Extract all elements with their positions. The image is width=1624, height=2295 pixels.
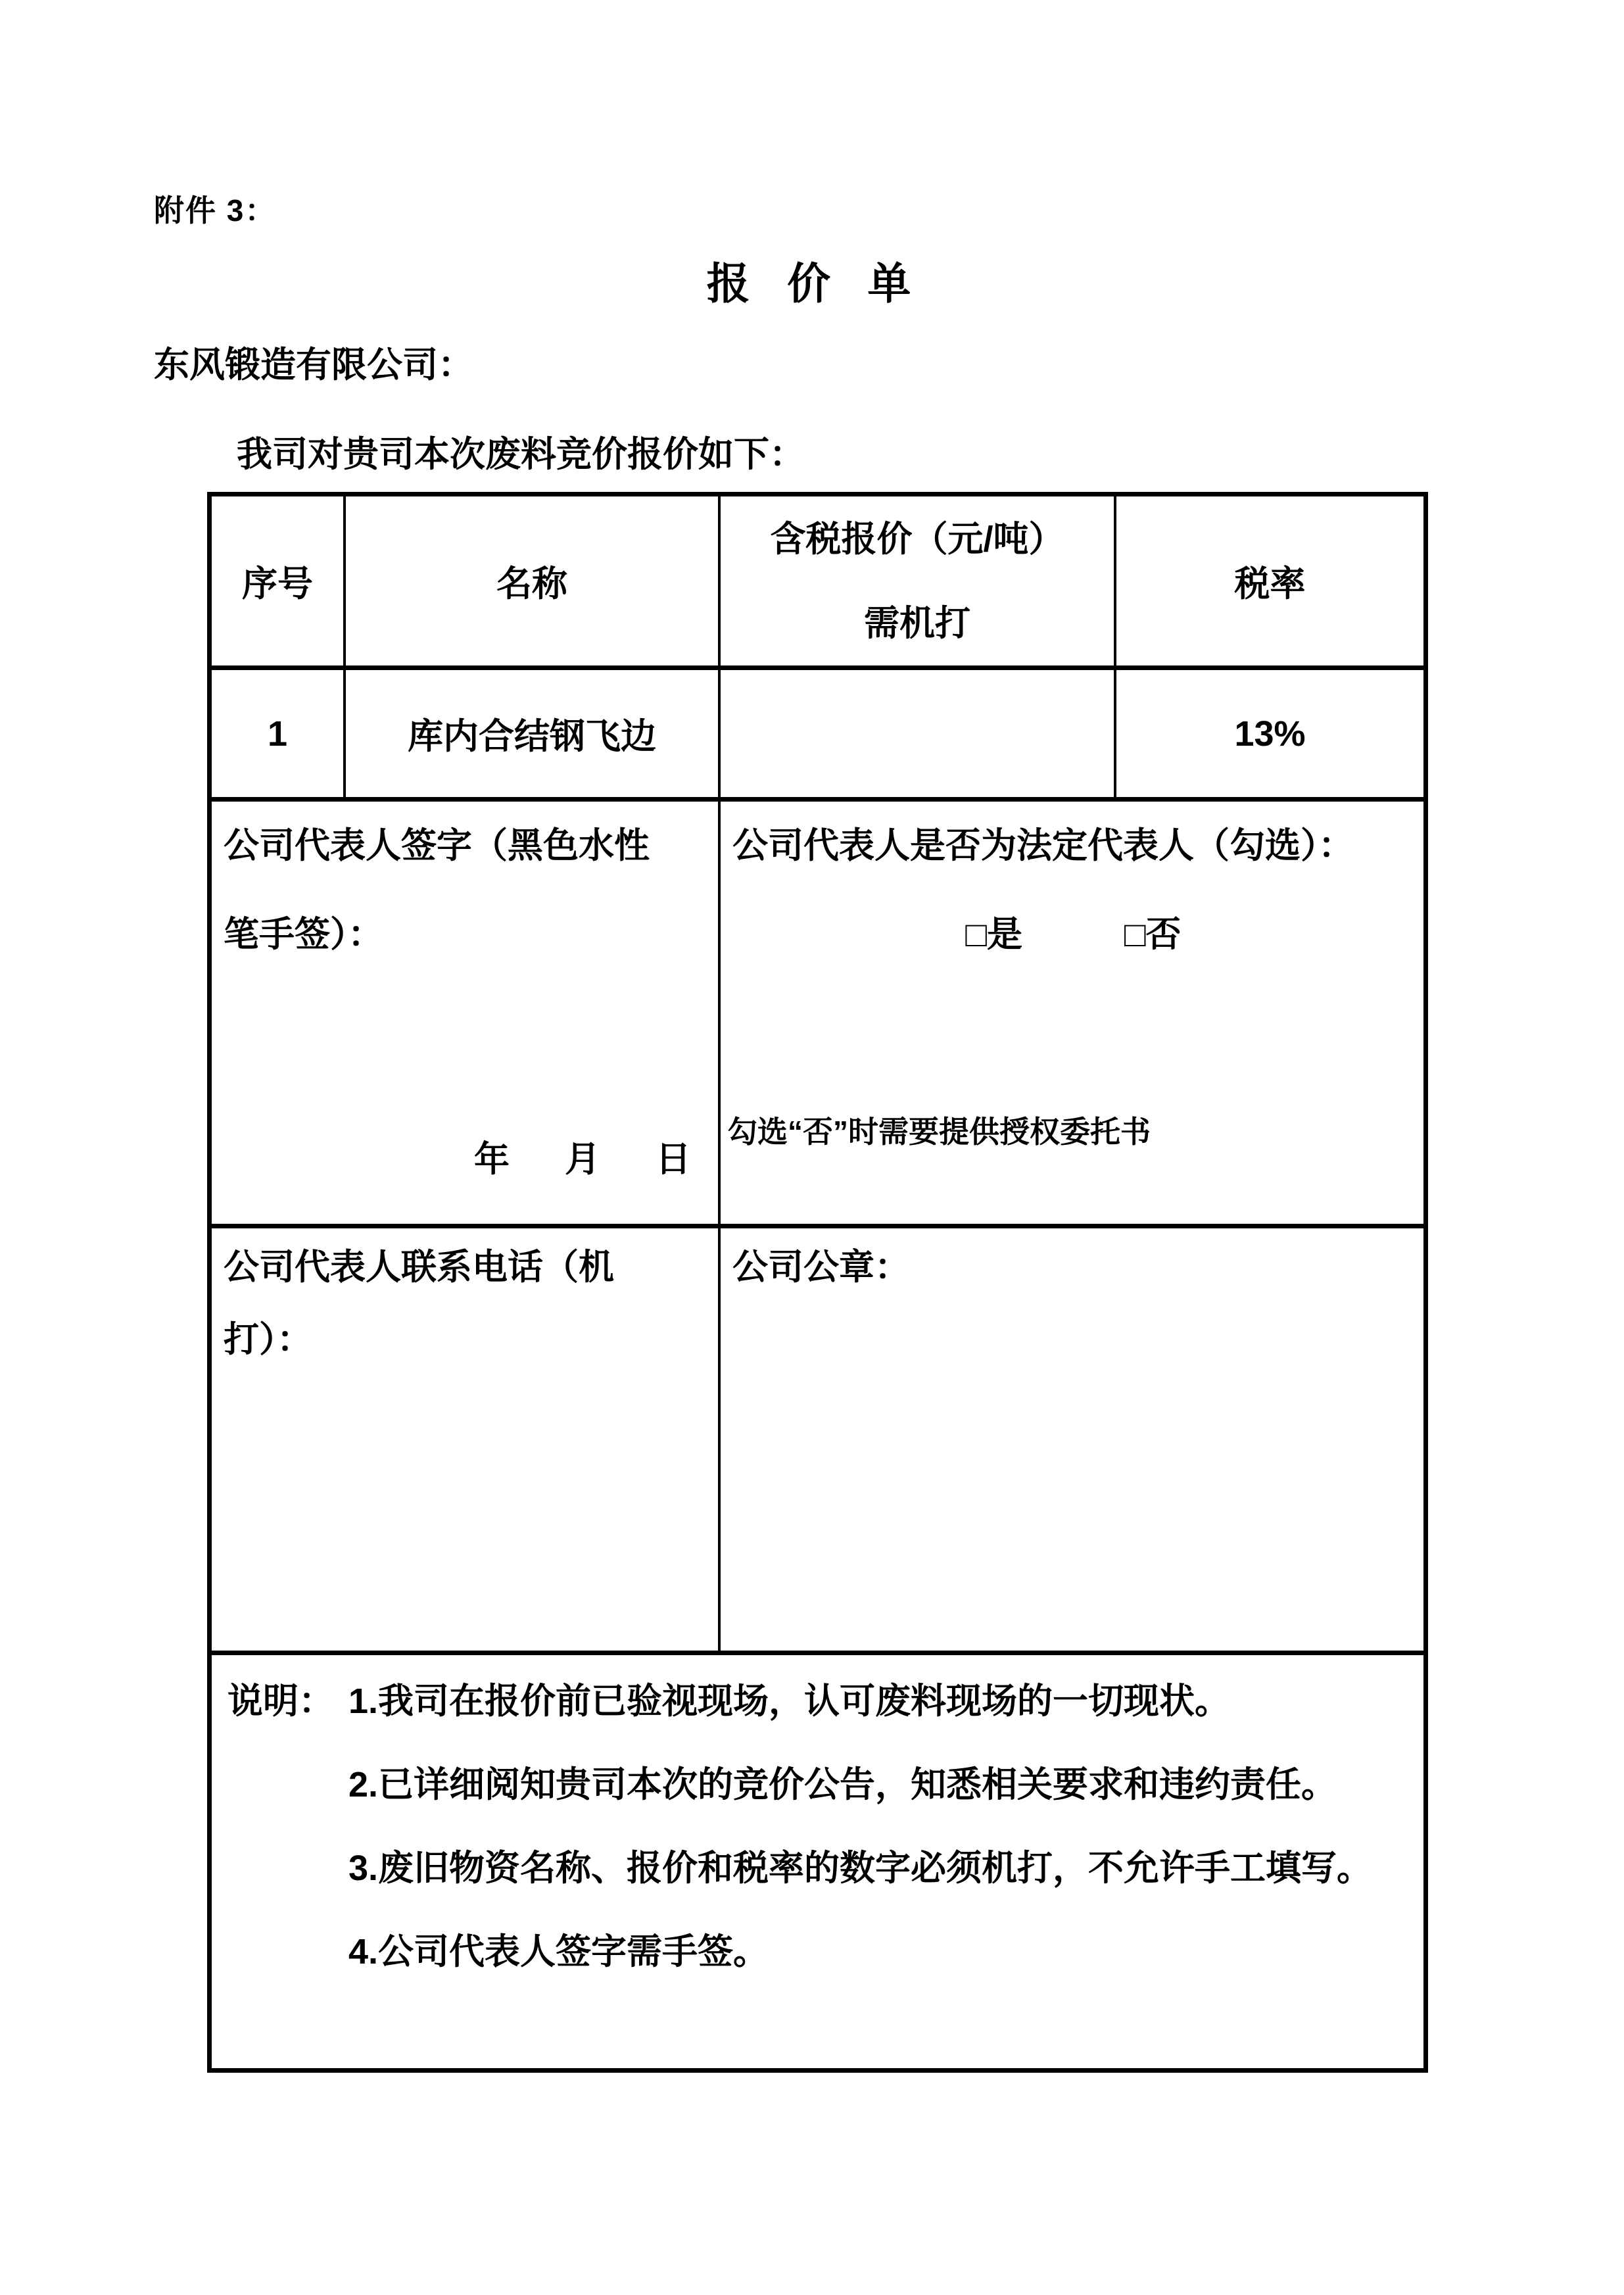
notes-label: 说明： — [227, 1660, 334, 1743]
row-price-cell[interactable] — [721, 670, 1116, 797]
table-header-row: 序号 名称 含税报价（元/吨） 需机打 税率 — [212, 496, 1423, 670]
note-item-2: 2.已详细阅知贵司本次的竞价公告，知悉相关要求和违约责任。 — [348, 1743, 1410, 1827]
checkbox-line: □是 □否 — [732, 890, 1414, 979]
phone-label-line2: 打）： — [224, 1303, 709, 1376]
legal-representative-label: 公司代表人是否为法定代表人（勾选）： — [732, 802, 1414, 890]
notes-row: 说明： 1.我司在报价前已验视现场，认可废料现场的一切现状。 2.已详细阅知贵司… — [212, 1655, 1423, 2068]
note-item-4: 4.公司代表人签字需手签。 — [348, 1910, 1410, 1994]
row-name-cell: 库内合结钢飞边 — [346, 670, 721, 797]
intro-line: 我司对贵司本次废料竞价报价如下： — [237, 426, 805, 477]
header-col-name: 名称 — [346, 496, 721, 665]
attachment-label: 附件 3： — [154, 187, 276, 230]
phone-label-line1: 公司代表人联系电话（机 — [224, 1231, 709, 1303]
header-col-price-line1: 含税报价（元/吨） — [770, 497, 1064, 581]
legal-representative-cell: 公司代表人是否为法定代表人（勾选）： □是 □否 勾选“否”时需要提供授权委托书 — [721, 802, 1423, 1224]
header-col-no: 序号 — [212, 496, 346, 665]
signature-label-line2: 笔手签）： — [224, 890, 709, 979]
table-row: 1 库内合结钢飞边 13% — [212, 670, 1423, 802]
page-title: 报 价 单 — [0, 249, 1624, 311]
note-item-1: 1.我司在报价前已验视现场，认可废料现场的一切现状。 — [348, 1660, 1410, 1743]
contact-row: 公司代表人联系电话（机 打）： 公司公章： — [212, 1228, 1423, 1655]
header-col-tax: 税率 — [1116, 496, 1423, 665]
header-col-price: 含税报价（元/吨） 需机打 — [721, 496, 1116, 665]
date-placeholder: 年 月 日 — [474, 1115, 701, 1204]
checkbox-yes[interactable]: □是 — [965, 915, 1022, 954]
row-no-cell: 1 — [212, 670, 346, 797]
row-tax-cell: 13% — [1116, 670, 1423, 797]
quotation-document-page: { "doc": { "attachment_label": "附件 3：", … — [0, 0, 1624, 2295]
notes-cell: 说明： 1.我司在报价前已验视现场，认可废料现场的一切现状。 2.已详细阅知贵司… — [212, 1655, 1423, 2068]
checkbox-no[interactable]: □否 — [1124, 915, 1182, 954]
recipient-line: 东风锻造有限公司： — [154, 337, 473, 387]
note-item-3: 3.废旧物资名称、报价和税率的数字必须机打，不允许手工填写。 — [348, 1827, 1410, 1910]
authorization-note: 勾选“否”时需要提供授权委托书 — [727, 1112, 1151, 1151]
quotation-table: 序号 名称 含税报价（元/吨） 需机打 税率 1 库内合结钢飞边 13% 公司代… — [207, 492, 1428, 2073]
signature-label-line1: 公司代表人签字（黑色水性 — [224, 802, 709, 890]
signature-cell: 公司代表人签字（黑色水性 笔手签）： 年 月 日 — [212, 802, 721, 1224]
header-col-price-line2: 需机打 — [864, 581, 970, 665]
signature-row: 公司代表人签字（黑色水性 笔手签）： 年 月 日 公司代表人是否为法定代表人（勾… — [212, 802, 1423, 1228]
company-seal-cell: 公司公章： — [721, 1228, 1423, 1651]
phone-cell: 公司代表人联系电话（机 打）： — [212, 1228, 721, 1651]
company-seal-label: 公司公章： — [732, 1231, 1414, 1303]
